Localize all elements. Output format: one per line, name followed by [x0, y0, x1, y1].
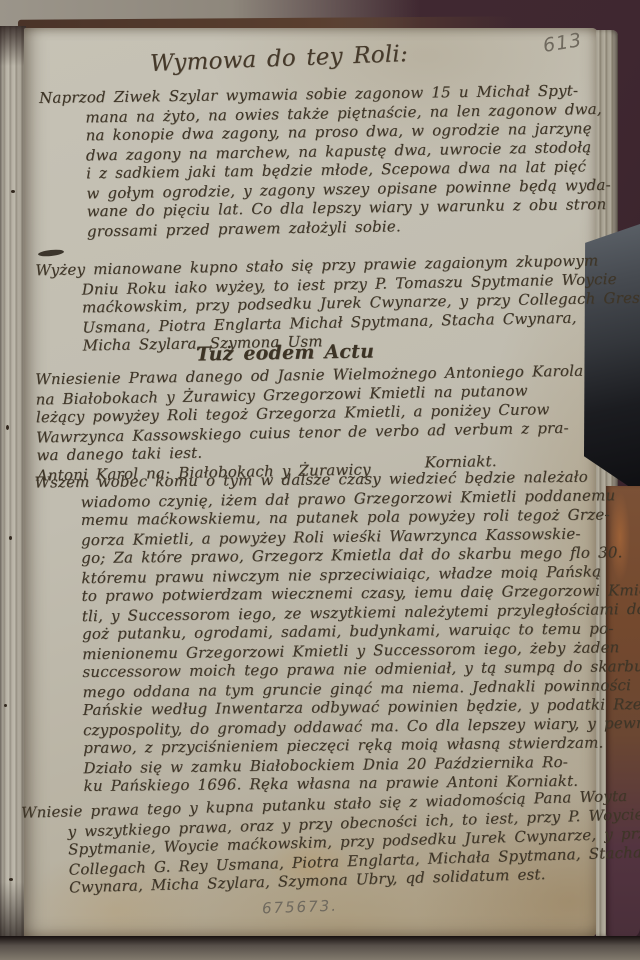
ink-speck [6, 425, 9, 430]
paragraph-privilege-text: Wszem wobec komu o tym w dalsze czasy wi… [34, 467, 640, 797]
paragraph-grant-record: Wniesienie Prawa danego od Jasnie Wielmo… [35, 362, 585, 485]
ink-speck [9, 878, 13, 881]
ink-speck [11, 190, 15, 193]
table-surface-bottom [0, 936, 640, 960]
paragraph-entry-record: Wniesie prawa tego y kupna putanku stało… [21, 784, 640, 898]
paragraph-wymowa-terms: Naprzod Ziwek Szylar wymawia sobie zagon… [39, 81, 612, 241]
ink-speck [4, 704, 7, 707]
actu-heading: Tuż eodem Actu [196, 340, 375, 365]
archival-number: 675673. [262, 897, 339, 918]
ink-speck [9, 536, 12, 540]
manuscript-scan: 613 Wymowa do tey Roli: Naprzod Ziwek Sz… [0, 0, 640, 960]
